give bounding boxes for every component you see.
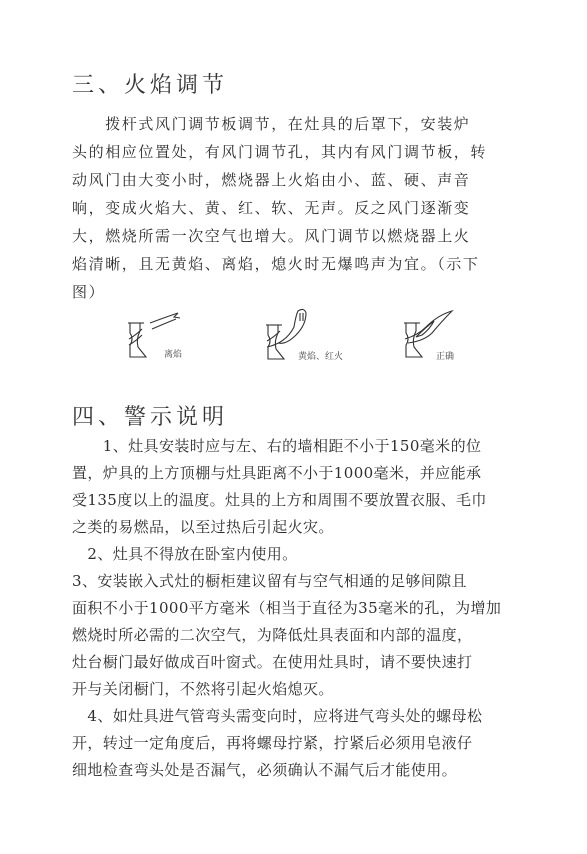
figure-label-correct-flame: 正确 — [436, 349, 454, 362]
figure-correct-flame: 正确 — [398, 305, 478, 365]
paragraph-line: 拨杆式风门调节板调节，在灶具的后罩下，安装炉 — [72, 110, 524, 138]
warning-line: 置，炉具的上方顶棚与灶具距离不小于1000毫米，并应能承 — [72, 460, 524, 487]
warning-line: 3、安装嵌入式灶的橱柜建议留有与空气相通的足够间隙且 — [72, 568, 524, 595]
figure-yellow-flame: 黄焰、红火 — [260, 305, 340, 365]
warning-line: 开，转过一定角度后，再将螺母拧紧，拧紧后必须用皂液仔 — [72, 730, 524, 757]
warning-line: 细地检查弯头处是否漏气，必须确认不漏气后才能使用。 — [72, 757, 524, 784]
paragraph-line: 图） — [72, 278, 524, 306]
paragraph-line: 大，燃烧所需一次空气也增大。风门调节以燃烧器上火 — [72, 222, 524, 250]
warning-line: 1、灶具安装时应与左、右的墙相距不小于150毫米的位 — [72, 433, 524, 460]
warning-line: 灶台橱门最好做成百叶窗式。在使用灶具时，请不要快速打 — [72, 649, 524, 676]
warning-line: 面积不小于1000平方毫米（相当于直径为35毫米的孔，为增加 — [72, 595, 524, 622]
paragraph-line: 动风门由大变小时，燃烧器上火焰由小、蓝、硬、声音 — [72, 166, 524, 194]
section-heading-flame-adjustment: 三、火焰调节 — [72, 68, 228, 99]
warning-line: 2、灶具不得放在卧室内使用。 — [72, 541, 524, 568]
paragraph-line: 头的相应位置处，有风门调节孔，其内有风门调节板，转 — [72, 138, 524, 166]
flame-diagrams: 离焰 黄焰、红火 正确 — [110, 305, 490, 375]
warning-line: 开与关闭橱门，不然将引起火焰熄灭。 — [72, 676, 524, 703]
warning-line: 受135度以上的温度。灶具的上方和周围不要放置衣服、毛巾 — [72, 487, 524, 514]
paragraph-line: 响，变成火焰大、黄、红、软、无声。反之风门逐渐变 — [72, 194, 524, 222]
paragraph-line: 焰清晰，且无黄焰、离焰，熄火时无爆鸣声为宜。（示下 — [72, 250, 524, 278]
flame-adjustment-paragraph: 拨杆式风门调节板调节，在灶具的后罩下，安装炉 头的相应位置处，有风门调节孔，其内… — [72, 110, 524, 306]
burner-lifting-flame-icon — [122, 305, 202, 365]
figure-label-lifting-flame: 离焰 — [164, 347, 182, 360]
warnings-paragraph: 1、灶具安装时应与左、右的墙相距不小于150毫米的位 置，炉具的上方顶棚与灶具距… — [72, 433, 524, 784]
warning-line: 4、如灶具进气管弯头需变向时，应将进气弯头处的螺母松 — [72, 703, 524, 730]
section-heading-warnings: 四、警示说明 — [72, 400, 228, 431]
figure-lifting-flame: 离焰 — [122, 305, 202, 365]
warning-line: 之类的易燃品，以至过热后引起火灾。 — [72, 514, 524, 541]
figure-label-yellow-flame: 黄焰、红火 — [298, 349, 343, 362]
warning-line: 燃烧时所必需的二次空气，为降低灶具表面和内部的温度， — [72, 622, 524, 649]
